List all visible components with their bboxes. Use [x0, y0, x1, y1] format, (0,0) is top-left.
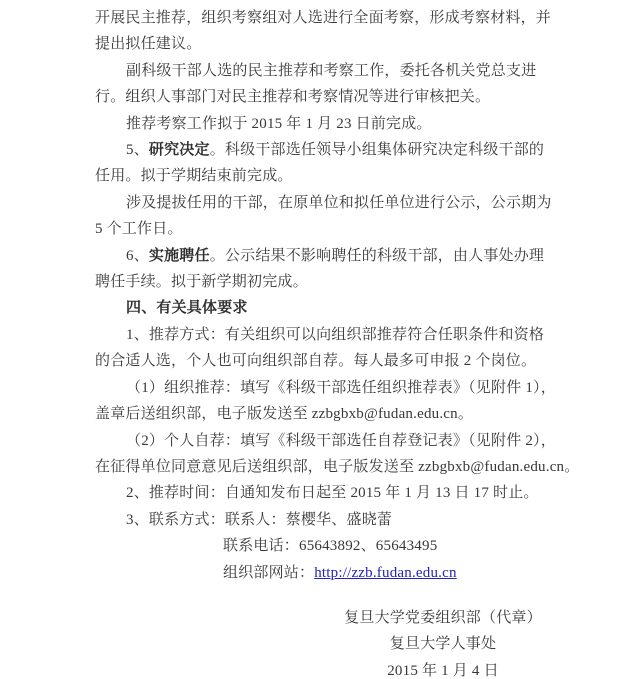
doc-line: 行。组织人事部门对民主推荐和考察情况等进行审核把关。 — [95, 84, 550, 110]
doc-line: 在征得单位同意意见后送组织部，电子版发送至 zzbgbxb@fudan.edu.… — [95, 454, 550, 480]
doc-text: 。科级干部选任领导小组集体研究决定科级干部的 — [210, 142, 544, 158]
website-label: 组织部网站： — [223, 565, 314, 581]
doc-line: 任用。拟于学期结束前完成。 — [95, 163, 550, 189]
doc-line: 3、联系方式：联系人：蔡樱华、盛晓蕾 — [95, 507, 550, 533]
doc-line: 聘任手续。拟于新学期初完成。 — [95, 269, 550, 295]
doc-line: 联系电话：65643892、65643495 — [95, 533, 550, 559]
document-page: 开展民主推荐，组织考察组对人选进行全面考察，形成考察材料，并 提出拟任建议。 副… — [0, 0, 640, 679]
signature-date: 2015 年 1 月 4 日 — [343, 658, 543, 679]
item-title: 实施聘任 — [149, 248, 210, 264]
signature-block: 复旦大学党委组织部（代章） 复旦大学人事处 2015 年 1 月 4 日 — [343, 605, 543, 679]
doc-line-website: 组织部网站：http://zzb.fudan.edu.cn — [95, 560, 550, 586]
doc-line: 推荐考察工作拟于 2015 年 1 月 23 日前完成。 — [95, 111, 550, 137]
doc-line: （1）组织推荐：填写《科级干部选任组织推荐表》（见附件 1）， — [95, 375, 550, 401]
doc-line: 提出拟任建议。 — [95, 31, 550, 57]
doc-line: 的合适人选，个人也可向组织部自荐。每人最多可申报 2 个岗位。 — [95, 348, 550, 374]
item-number: 5、 — [126, 142, 149, 158]
doc-line: 盖章后送组织部，电子版发送至 zzbgbxb@fudan.edu.cn。 — [95, 401, 550, 427]
doc-line: 副科级干部人选的民主推荐和考察工作，委托各机关党总支进 — [95, 58, 550, 84]
doc-text: 。公示结果不影响聘任的科级干部，由人事处办理 — [210, 248, 544, 264]
doc-line: 2、推荐时间：自通知发布日起至 2015 年 1 月 13 日 17 时止。 — [95, 480, 550, 506]
doc-line: 5 个工作日。 — [95, 216, 550, 242]
doc-line: 涉及提拔任用的干部，在原单位和拟任单位进行公示，公示期为 — [95, 190, 550, 216]
doc-line-item-5: 5、研究决定。科级干部选任领导小组集体研究决定科级干部的 — [95, 137, 550, 163]
item-title: 研究决定 — [149, 142, 210, 158]
document-body: 开展民主推荐，组织考察组对人选进行全面考察，形成考察材料，并 提出拟任建议。 副… — [95, 5, 550, 679]
signature-org-2: 复旦大学人事处 — [343, 631, 543, 657]
doc-line: 1、推荐方式：有关组织可以向组织部推荐符合任职条件和资格 — [95, 322, 550, 348]
orgdept-website-link[interactable]: http://zzb.fudan.edu.cn — [314, 565, 456, 581]
item-number: 6、 — [126, 248, 149, 264]
section-heading: 四、有关具体要求 — [95, 295, 550, 321]
signature-org-1: 复旦大学党委组织部（代章） — [343, 605, 543, 631]
doc-line: 开展民主推荐，组织考察组对人选进行全面考察，形成考察材料，并 — [95, 5, 550, 31]
doc-line-item-6: 6、实施聘任。公示结果不影响聘任的科级干部，由人事处办理 — [95, 243, 550, 269]
doc-line: （2）个人自荐：填写《科级干部选任自荐登记表》（见附件 2）， — [95, 428, 550, 454]
